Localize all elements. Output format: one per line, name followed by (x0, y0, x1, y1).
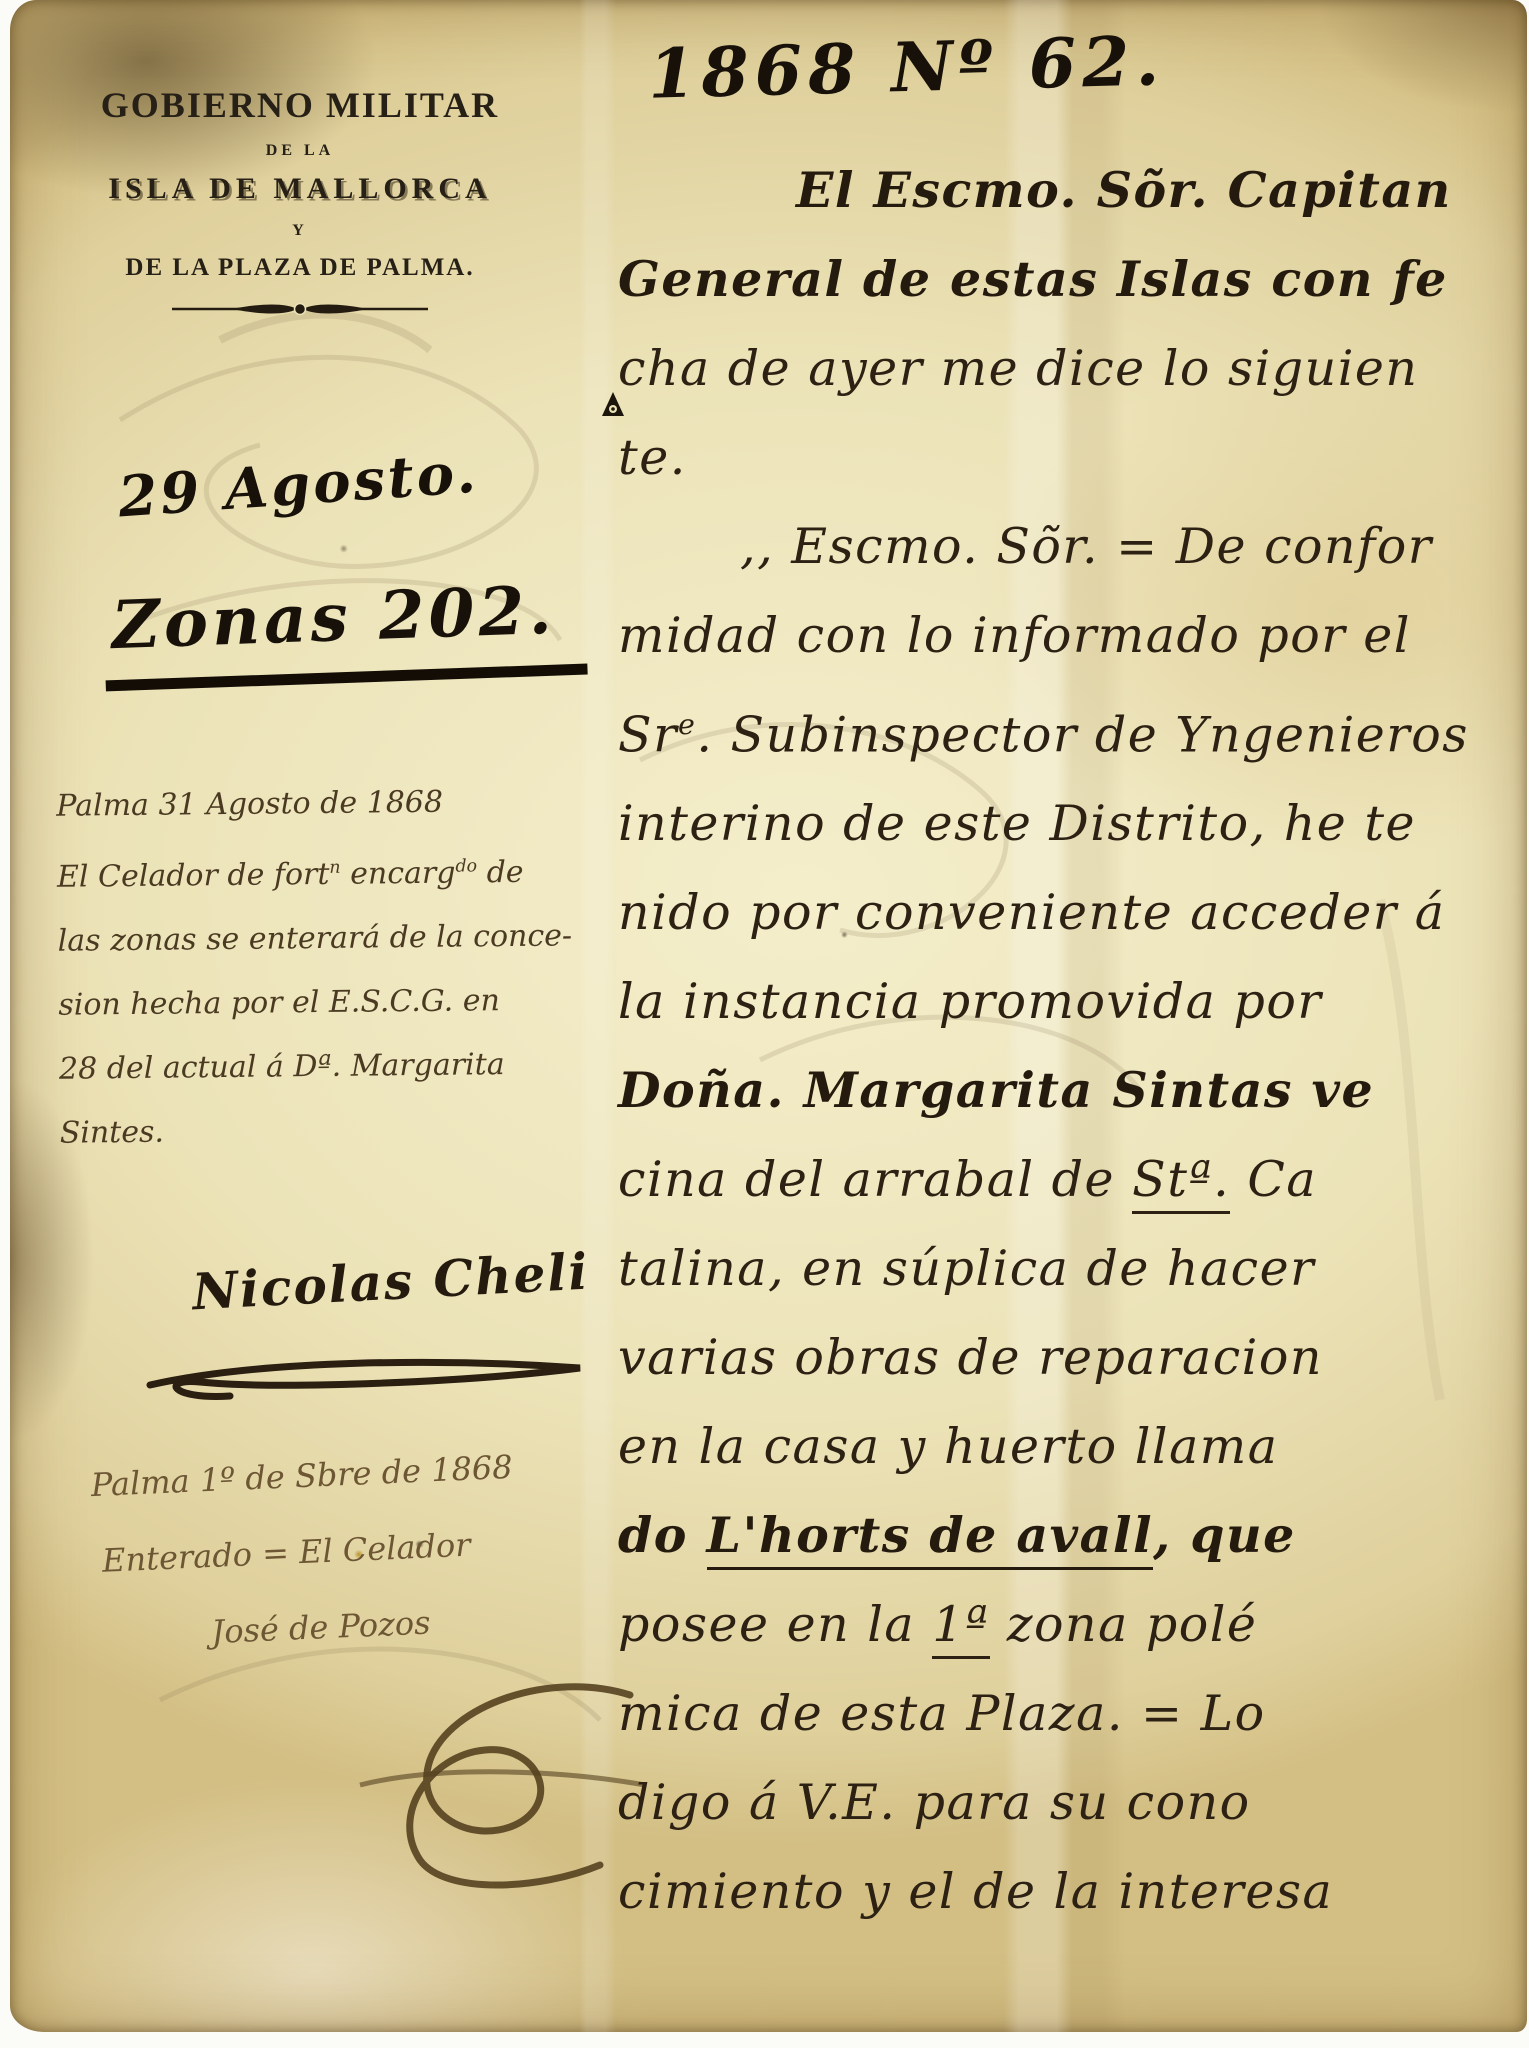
letterhead-line4: Y (100, 222, 500, 240)
letter-line: El Escmo. Sõr. Capitan (618, 146, 1523, 235)
letterhead-line1: GOBIERNO MILITAR (100, 84, 500, 126)
letter-line: Doña. Margarita Sintas ve (618, 1046, 1523, 1135)
letter-line: varias obras de reparacion (618, 1313, 1523, 1402)
printed-letterhead: GOBIERNO MILITAR DE LA ISLA DE MALLORCA … (100, 84, 500, 318)
letter-line: cina del arrabal de Stª. Ca (618, 1135, 1523, 1224)
letterhead-line3: ISLA DE MALLORCA (100, 172, 500, 206)
acknowledgement-note: Palma 1º de Sbre de 1868 Enterado = El C… (83, 1429, 521, 1675)
letter-line: cimiento y el de la interesa (618, 1847, 1523, 1936)
signature-underline-flourish (140, 1330, 600, 1420)
letter-line: ,, Escmo. Sõr. = De confor (618, 502, 1523, 591)
letter-line: posee en la 1ª zona polé (618, 1580, 1523, 1669)
margin-note-line: El Celador de fortn encargdo de (57, 833, 583, 909)
letter-line: midad con lo informado por el (618, 591, 1523, 680)
letter-line: General de estas Islas con fe (618, 235, 1523, 324)
letter-line: do L'horts de avall, que (618, 1491, 1523, 1580)
margin-note-line: las zonas se enterará de la conce- (57, 904, 583, 973)
letterhead-line5: DE LA PLAZA DE PALMA. (100, 254, 500, 282)
letter-line: te. (618, 413, 1523, 502)
letter-line: en la casa y huerto llama (618, 1402, 1523, 1491)
margin-note-line: sion hecha por el E.S.C.G. en (58, 968, 584, 1037)
letterhead-line2: DE LA (100, 142, 500, 160)
scanned-document: GOBIERNO MILITAR DE LA ISLA DE MALLORCA … (0, 0, 1529, 2048)
margin-subject-heading: Zonas 202. (102, 570, 587, 692)
margin-note-body: Palma 31 Agosto de 1868 El Celador de fo… (56, 769, 585, 1165)
margin-note-line: 28 del actual á Dª. Margarita (59, 1032, 585, 1101)
letter-body: El Escmo. Sõr. Capitan General de estas … (618, 146, 1523, 1936)
letter-line: la instancia promovida por (618, 957, 1523, 1046)
margin-note-line: Sintes. (59, 1096, 585, 1165)
letter-line: interino de este Distrito, he te (618, 779, 1523, 868)
margin-note-line: Palma 31 Agosto de 1868 (56, 769, 582, 838)
rubric-flourish (300, 1665, 660, 1905)
letter-line: digo á V.E. para su cono (618, 1758, 1523, 1847)
letter-line: cha de ayer me dice lo siguien (618, 324, 1523, 413)
letterhead-rule-ornament-icon (170, 300, 430, 318)
letter-line: mica de esta Plaza. = Lo (618, 1669, 1523, 1758)
letter-line: Sre. Subinspector de Yngenieros (618, 680, 1523, 779)
folio-number: 1868 Nº 62. (647, 21, 1166, 115)
letter-line: nido por conveniente acceder á (618, 868, 1523, 957)
letter-line: talina, en súplica de hacer (618, 1224, 1523, 1313)
